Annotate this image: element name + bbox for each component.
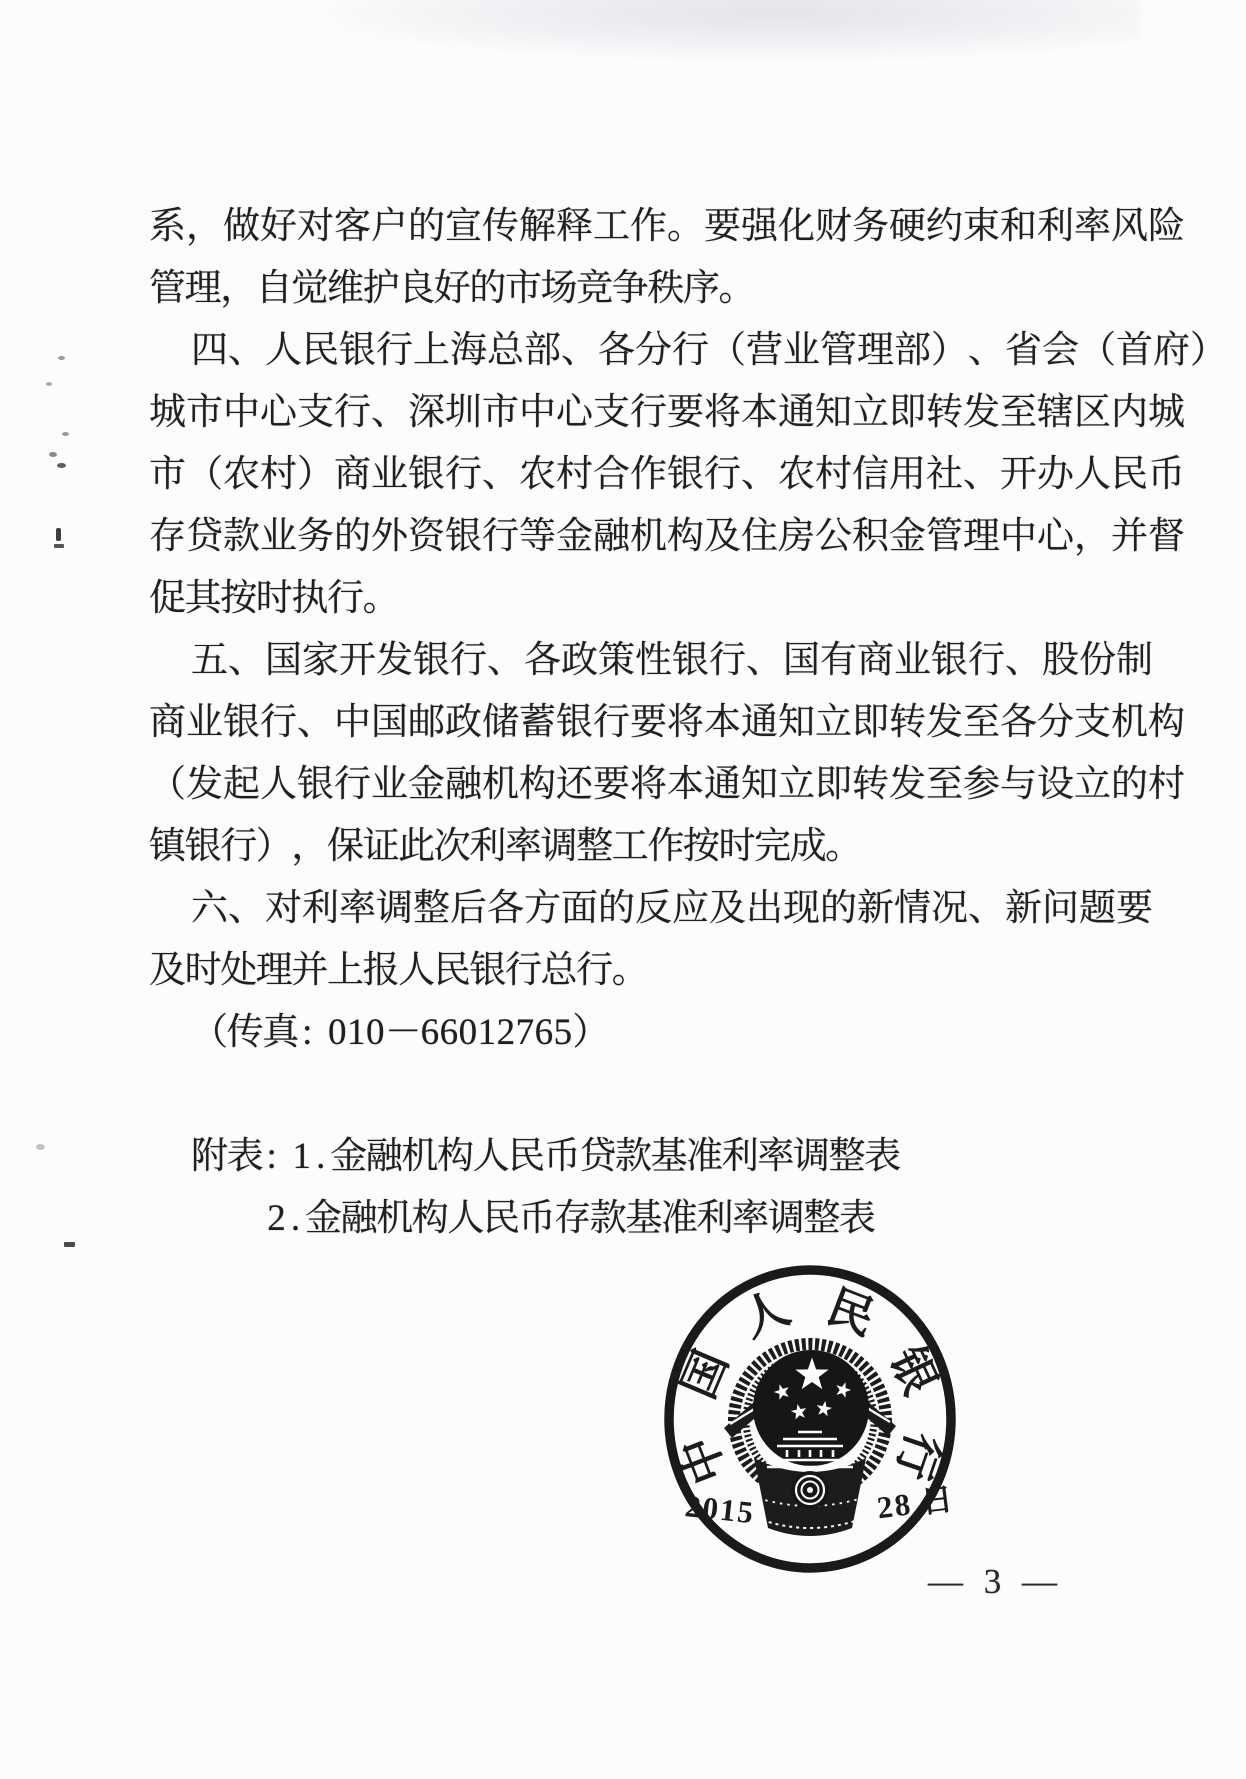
char: ， xyxy=(220,258,256,320)
char: 农 xyxy=(519,444,556,506)
char: 币 xyxy=(519,1188,555,1250)
char: 起 xyxy=(223,754,260,816)
text-line: （发起人银行业金融机构还要将本通知立即转发至参与设立的村 xyxy=(149,754,1115,816)
text-line: 四、人民银行上海总部、各分行（营业管理部）、省会（首府） xyxy=(191,320,1115,382)
char: 款 xyxy=(615,1126,651,1188)
char: 客 xyxy=(334,196,371,258)
char: 支 xyxy=(1074,692,1111,754)
char: 管 xyxy=(926,506,963,568)
char: （ xyxy=(149,754,186,816)
char: 制 xyxy=(1116,630,1153,692)
char: 业 xyxy=(371,754,408,816)
char: 银 xyxy=(413,630,450,692)
char: 新 xyxy=(857,878,894,940)
char: 调 xyxy=(768,1188,804,1250)
char: 营 xyxy=(746,320,783,382)
char: 行 xyxy=(220,816,256,878)
char: 开 xyxy=(1000,444,1037,506)
char: 的 xyxy=(408,196,445,258)
char: 。 xyxy=(667,196,704,258)
char: 银 xyxy=(339,320,376,382)
char: 银 xyxy=(556,692,593,754)
char: 对 xyxy=(297,196,334,258)
char: 立 xyxy=(1074,754,1111,816)
char: 、 xyxy=(228,630,265,692)
char: 理 xyxy=(857,320,894,382)
char: 城 xyxy=(1148,382,1185,444)
char: 民 xyxy=(1111,444,1148,506)
char: 行 xyxy=(709,630,746,692)
char: 2 xyxy=(496,1002,515,1064)
char: 户 xyxy=(371,196,408,258)
attachment-list: 附表: 1.金融机构人民币贷款基准利率调整表2.金融机构人民币存款基准利率调整表 xyxy=(149,1126,1115,1250)
char: 行 xyxy=(445,444,482,506)
char: （ xyxy=(191,1002,227,1064)
char: 整 xyxy=(413,878,450,940)
char: 发 xyxy=(926,692,963,754)
char: 住 xyxy=(741,506,778,568)
char: 要 xyxy=(630,692,667,754)
char: 、 xyxy=(561,320,598,382)
char: 款 xyxy=(223,506,260,568)
char: 1 xyxy=(292,1126,311,1188)
char: 国 xyxy=(265,630,302,692)
scan-speck xyxy=(62,432,69,436)
char: 基 xyxy=(651,1126,687,1188)
char: 上 xyxy=(327,940,363,1002)
char: 风 xyxy=(1111,196,1148,258)
char: 表 xyxy=(864,1126,900,1188)
char: 心 xyxy=(260,382,297,444)
char: 政 xyxy=(445,692,482,754)
char: 融 xyxy=(366,1126,402,1188)
char: 利 xyxy=(697,1188,733,1250)
char: 行 xyxy=(505,940,541,1002)
char: 积 xyxy=(852,506,889,568)
char: 海 xyxy=(450,320,487,382)
char: 行 xyxy=(334,754,371,816)
char: 、 xyxy=(487,630,524,692)
official-seal: 中国人民银行 2015 28 日 xyxy=(663,1262,957,1578)
char: 转 xyxy=(852,754,889,816)
gear-icon xyxy=(791,1471,829,1509)
char: 行 xyxy=(327,568,363,630)
char: 行 xyxy=(450,630,487,692)
char: 行 xyxy=(334,382,371,444)
char: 构 xyxy=(519,754,556,816)
char: 准 xyxy=(661,1188,697,1250)
char: 商 xyxy=(149,692,186,754)
char: 觉 xyxy=(291,258,327,320)
scan-speck xyxy=(58,356,65,360)
char: 立 xyxy=(815,692,852,754)
char: 部 xyxy=(894,320,931,382)
char: 部 xyxy=(524,320,561,382)
char: 理 xyxy=(185,258,221,320)
char: 及 xyxy=(149,940,185,1002)
char: 即 xyxy=(815,754,852,816)
char: 宣 xyxy=(445,196,482,258)
char: 7 xyxy=(515,1002,534,1064)
char: 。 xyxy=(719,258,755,320)
char: 的 xyxy=(1111,754,1148,816)
char: 的 xyxy=(469,258,505,320)
char: 国 xyxy=(783,630,820,692)
char: （ xyxy=(709,320,746,382)
char: : xyxy=(298,1002,317,1064)
char: 利 xyxy=(1037,196,1074,258)
char: 机 xyxy=(376,1188,412,1250)
char: 问 xyxy=(1042,878,1079,940)
char: 要 xyxy=(593,754,630,816)
char: 本 xyxy=(667,754,704,816)
char: 发 xyxy=(376,630,413,692)
char: 和 xyxy=(1000,196,1037,258)
char: 释 xyxy=(556,196,593,258)
char: 硬 xyxy=(889,196,926,258)
char: 通 xyxy=(741,692,778,754)
char: 现 xyxy=(783,878,820,940)
char: 传 xyxy=(227,1002,263,1064)
char: 与 xyxy=(1000,754,1037,816)
char: 、 xyxy=(746,630,783,692)
text-line: 促其按时执行。 xyxy=(149,568,1115,630)
char: 管 xyxy=(820,320,857,382)
char: 分 xyxy=(635,320,672,382)
char: 设 xyxy=(1037,754,1074,816)
char: 并 xyxy=(1111,506,1148,568)
char: 构 xyxy=(667,506,704,568)
char: 转 xyxy=(926,382,963,444)
char: 争 xyxy=(612,258,648,320)
char: 币 xyxy=(544,1126,580,1188)
char: 金 xyxy=(330,1126,366,1188)
scan-speck xyxy=(49,452,57,457)
char: 1 xyxy=(477,1002,496,1064)
char: 融 xyxy=(445,754,482,816)
char: 房 xyxy=(778,506,815,568)
scan-speck xyxy=(56,528,61,541)
char: 。 xyxy=(612,940,648,1002)
char: 次 xyxy=(434,816,470,878)
char: 行 xyxy=(968,630,1005,692)
char: ） xyxy=(297,444,334,506)
char: 立 xyxy=(778,754,815,816)
char: 银 xyxy=(667,444,704,506)
char: 存 xyxy=(554,1188,590,1250)
char: 金 xyxy=(408,754,445,816)
char: 款 xyxy=(590,1188,626,1250)
char: 金 xyxy=(889,506,926,568)
char: 解 xyxy=(519,196,556,258)
char: 公 xyxy=(815,506,852,568)
char: 金 xyxy=(556,506,593,568)
char: 存 xyxy=(149,506,186,568)
char: 面 xyxy=(561,878,598,940)
char: 等 xyxy=(519,506,556,568)
char: 构 xyxy=(437,1126,473,1188)
char: 即 xyxy=(889,382,926,444)
char: 商 xyxy=(334,444,371,506)
char: 化 xyxy=(778,196,815,258)
char: 的 xyxy=(820,878,857,940)
char: 况 xyxy=(931,878,968,940)
scan-speck xyxy=(36,1144,45,1150)
char: 人 xyxy=(398,940,434,1002)
char: 率 xyxy=(1074,196,1111,258)
char: 市 xyxy=(482,382,519,444)
char: 工 xyxy=(593,196,630,258)
char: 家 xyxy=(302,630,339,692)
char: 内 xyxy=(1111,382,1148,444)
char: 农 xyxy=(778,444,815,506)
char: 四 xyxy=(191,320,228,382)
char: 、 xyxy=(297,692,334,754)
char: 将 xyxy=(667,692,704,754)
char: 银 xyxy=(223,692,260,754)
char: 反 xyxy=(635,878,672,940)
char: 市 xyxy=(505,258,541,320)
char: 将 xyxy=(704,382,741,444)
char: 情 xyxy=(894,878,931,940)
char: 转 xyxy=(889,692,926,754)
char: 镇 xyxy=(149,816,185,878)
char: 知 xyxy=(815,382,852,444)
char: 社 xyxy=(926,444,963,506)
char: 六 xyxy=(191,878,228,940)
char: 0 xyxy=(328,1002,347,1064)
char: ） xyxy=(572,1002,608,1064)
char: 好 xyxy=(434,258,470,320)
char: 行 xyxy=(672,320,709,382)
char: 题 xyxy=(1079,878,1116,940)
text-line: 六、对利率调整后各方面的反应及出现的新情况、新问题要 xyxy=(191,878,1115,940)
char: 按 xyxy=(683,816,719,878)
scanned-document-page: 系，做好对客户的宣传解释工作。要强化财务硬约束和利率风险管理，自觉维护良好的市场… xyxy=(0,0,1246,1779)
char: 银 xyxy=(469,940,505,1002)
char: 总 xyxy=(541,940,577,1002)
char: 中 xyxy=(223,382,260,444)
char: 邮 xyxy=(408,692,445,754)
char: 融 xyxy=(341,1188,377,1250)
char: 分 xyxy=(1037,692,1074,754)
char: 即 xyxy=(852,692,889,754)
char: ， xyxy=(1074,506,1111,568)
char: 束 xyxy=(963,196,1000,258)
char: 出 xyxy=(746,878,783,940)
char: 府 xyxy=(1153,320,1190,382)
char: 办 xyxy=(1037,444,1074,506)
char: 立 xyxy=(852,382,889,444)
text-line: 系，做好对客户的宣传解释工作。要强化财务硬约束和利率风险 xyxy=(149,196,1115,258)
char: 0 xyxy=(366,1002,385,1064)
char: 融 xyxy=(593,506,630,568)
char: 银 xyxy=(408,444,445,506)
char: 至 xyxy=(1000,382,1037,444)
char: 率 xyxy=(505,816,541,878)
char: 、 xyxy=(968,320,1005,382)
char: 自 xyxy=(256,258,292,320)
char: 良 xyxy=(398,258,434,320)
char: 城 xyxy=(149,382,186,444)
char: 心 xyxy=(1037,506,1074,568)
char: 0 xyxy=(458,1002,477,1064)
char: 行 xyxy=(482,506,519,568)
scan-speck xyxy=(54,544,64,548)
char: ） xyxy=(256,816,292,878)
char: 险 xyxy=(1148,196,1185,258)
char: 调 xyxy=(376,878,413,940)
char: 构 xyxy=(412,1188,448,1250)
char: 此 xyxy=(398,816,434,878)
char: 蓄 xyxy=(519,692,556,754)
char: 机 xyxy=(630,506,667,568)
char: 其 xyxy=(185,568,221,630)
char: ） xyxy=(1190,320,1227,382)
char: 五 xyxy=(191,630,228,692)
char: 财 xyxy=(815,196,852,258)
char: 上 xyxy=(413,320,450,382)
char: 传 xyxy=(482,196,519,258)
char: 及 xyxy=(704,506,741,568)
char: : xyxy=(262,1126,281,1188)
char: 用 xyxy=(889,444,926,506)
char: 表 xyxy=(227,1126,263,1188)
char: 本 xyxy=(741,382,778,444)
char: 信 xyxy=(852,444,889,506)
char: 务 xyxy=(297,506,334,568)
body-text: 系，做好对客户的宣传解释工作。要强化财务硬约束和利率风险管理，自觉维护良好的市场… xyxy=(149,196,1115,1064)
char: 心 xyxy=(556,382,593,444)
char: 国 xyxy=(371,692,408,754)
char: 新 xyxy=(1005,878,1042,940)
char: 系 xyxy=(149,196,186,258)
char: 6 xyxy=(534,1002,553,1064)
text-line: 存贷款业务的外资银行等金融机构及住房公积金管理中心，并督 xyxy=(149,506,1115,568)
char: 人 xyxy=(260,754,297,816)
char: ， xyxy=(291,816,327,878)
char: 业 xyxy=(783,320,820,382)
char: 利 xyxy=(722,1126,758,1188)
char: 基 xyxy=(625,1188,661,1250)
char: 民 xyxy=(302,320,339,382)
char: 贷 xyxy=(186,506,223,568)
char: 还 xyxy=(556,754,593,816)
char: 金 xyxy=(305,1188,341,1250)
char: 资 xyxy=(408,506,445,568)
char: 开 xyxy=(339,630,376,692)
char: ， xyxy=(186,196,223,258)
char: 村 xyxy=(1148,754,1185,816)
char: 应 xyxy=(672,878,709,940)
char: 2 xyxy=(267,1188,286,1250)
char: 、 xyxy=(228,878,265,940)
text-line: 商业银行、中国邮政储蓄银行要将本通知立即转发至各分支机构 xyxy=(149,692,1115,754)
char: 中 xyxy=(334,692,371,754)
char: 时 xyxy=(185,940,221,1002)
char: 行 xyxy=(376,320,413,382)
char: 机 xyxy=(401,1126,437,1188)
char: 理 xyxy=(963,506,1000,568)
page-number: — 3 — xyxy=(928,1562,1088,1602)
char: 率 xyxy=(732,1188,768,1250)
char: 、 xyxy=(963,444,1000,506)
char: 人 xyxy=(447,1188,483,1250)
char: 护 xyxy=(363,258,399,320)
char: 、 xyxy=(1005,630,1042,692)
char: 会 xyxy=(1042,320,1079,382)
char: 好 xyxy=(260,196,297,258)
char: 银 xyxy=(185,816,221,878)
char: ） xyxy=(931,320,968,382)
char: 准 xyxy=(686,1126,722,1188)
char: 督 xyxy=(1148,506,1185,568)
char: 村 xyxy=(815,444,852,506)
char: 发 xyxy=(889,754,926,816)
char: 调 xyxy=(541,816,577,878)
char: 策 xyxy=(598,630,635,692)
char: 有 xyxy=(820,630,857,692)
text-line: 镇银行），保证此次利率调整工作按时完成。 xyxy=(149,816,1115,878)
char: 完 xyxy=(754,816,790,878)
char: 方 xyxy=(524,878,561,940)
char: 率 xyxy=(339,878,376,940)
char: 5 xyxy=(553,1002,572,1064)
char: 管 xyxy=(149,258,185,320)
char: 证 xyxy=(363,816,399,878)
char: 行 xyxy=(704,444,741,506)
char: 区 xyxy=(1074,382,1111,444)
seal-date-left: 2015 xyxy=(683,1488,756,1530)
text-line: 市（农村）商业银行、农村合作银行、农村信用社、开办人民币 xyxy=(149,444,1115,506)
scan-speck xyxy=(46,382,52,386)
char: 机 xyxy=(1111,692,1148,754)
char: 对 xyxy=(265,878,302,940)
char: 人 xyxy=(1074,444,1111,506)
char: 政 xyxy=(561,630,598,692)
char: 业 xyxy=(894,630,931,692)
scan-speck xyxy=(64,1242,75,1247)
char: 总 xyxy=(487,320,524,382)
char: 中 xyxy=(519,382,556,444)
char: 竞 xyxy=(576,258,612,320)
char: 真 xyxy=(262,1002,298,1064)
char: 及 xyxy=(709,878,746,940)
char: 附 xyxy=(191,1126,227,1188)
char: 整 xyxy=(576,816,612,878)
char: 调 xyxy=(793,1126,829,1188)
char: 外 xyxy=(371,506,408,568)
char: 场 xyxy=(541,258,577,320)
char: 人 xyxy=(265,320,302,382)
char: 参 xyxy=(963,754,1000,816)
char: 保 xyxy=(327,816,363,878)
char: 各 xyxy=(1000,692,1037,754)
char: 、 xyxy=(968,878,1005,940)
char: 作 xyxy=(630,196,667,258)
char: 报 xyxy=(363,940,399,1002)
char: 执 xyxy=(291,568,327,630)
char: 作 xyxy=(630,444,667,506)
char: 6 xyxy=(439,1002,458,1064)
char: 至 xyxy=(963,692,1000,754)
char: 业 xyxy=(260,506,297,568)
char: 民 xyxy=(508,1126,544,1188)
char: 通 xyxy=(778,382,815,444)
char: 1 xyxy=(347,1002,366,1064)
char: 行 xyxy=(630,382,667,444)
text-line: 管理，自觉维护良好的市场竞争秩序。 xyxy=(149,258,1115,320)
